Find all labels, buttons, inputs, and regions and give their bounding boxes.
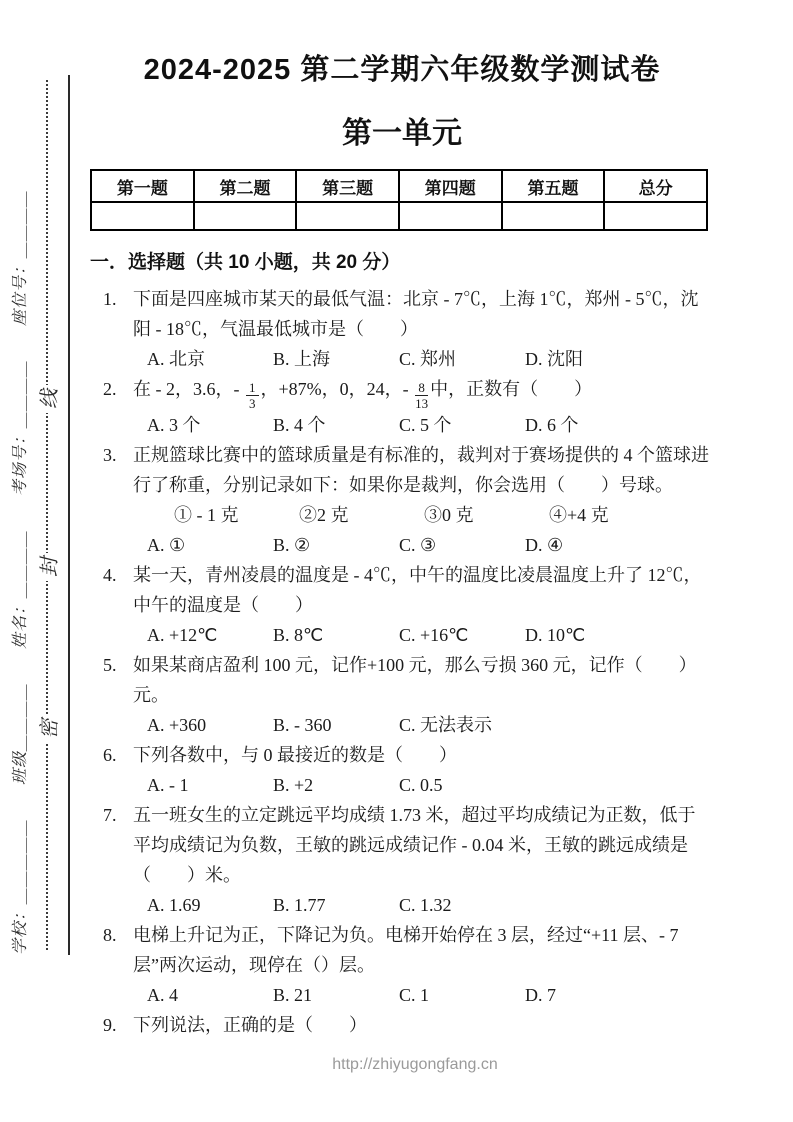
question-first-line: 9.下列说法，正确的是（ ） — [90, 1010, 714, 1040]
question-1: 1.下面是四座城市某天的最低气温：北京 - 7℃，上海 1℃，郑州 - 5℃，沈… — [90, 284, 714, 374]
score-header-cell: 第三题 — [296, 170, 399, 202]
question-text: 平均成绩记为负数，王敏的跳远成绩记作 - 0.04 米，王敏的跳远成绩是 — [90, 830, 714, 860]
seal-char-mi: 密 — [30, 715, 64, 743]
question-text: 如果某商店盈利 100 元，记作+100 元，那么亏损 360 元，记作（ ） — [133, 650, 714, 680]
question-first-line: 8.电梯上升记为正，下降记为负。电梯开始停在 3 层，经过“+11 层、- 7 — [90, 920, 714, 950]
question-text: 阳 - 18℃，气温最低城市是（ ） — [90, 314, 714, 344]
seal-char-xian: 线 — [30, 385, 64, 413]
unit-subtitle: 第一单元 — [90, 114, 714, 154]
option: B. - 360 — [273, 710, 399, 740]
option: C. +16℃ — [399, 620, 525, 650]
question-text: （ ）米。 — [90, 860, 714, 890]
question-text: 电梯上升记为正，下降记为负。电梯开始停在 3 层，经过“+11 层、- 7 — [133, 920, 714, 950]
option: A. ① — [147, 530, 273, 560]
question-text: 正规篮球比赛中的篮球质量是有标准的，裁判对于赛场提供的 4 个篮球进 — [133, 440, 714, 470]
seal-margin-border-line — [68, 75, 70, 955]
fraction-denominator: 13 — [415, 396, 428, 410]
question-text: 下面是四座城市某天的最低气温：北京 - 7℃，上海 1℃，郑州 - 5℃，沈 — [133, 284, 714, 314]
question-text: 五一班女生的立定跳远平均成绩 1.73 米，超过平均成绩记为正数，低于 — [133, 800, 714, 830]
score-header-cell: 第四题 — [399, 170, 502, 202]
score-value-cell — [194, 202, 297, 230]
fraction: 13 — [246, 381, 259, 410]
question-options: A. 4B. 21C. 1D. 7 — [90, 980, 714, 1010]
question-6: 6.下列各数中，与 0 最接近的数是（ ）A. - 1B. +2C. 0.5 — [90, 740, 714, 800]
score-value-cell — [399, 202, 502, 230]
option: C. 5 个 — [399, 410, 525, 440]
question-first-line: 1.下面是四座城市某天的最低气温：北京 - 7℃，上海 1℃，郑州 - 5℃，沈 — [90, 284, 714, 314]
question-subitems: ① - 1 克②2 克③0 克④+4 克 — [90, 500, 714, 530]
question-options: A. 北京B. 上海C. 郑州D. 沈阳 — [90, 344, 714, 374]
footer-url: http://zhiyugongfang.cn — [90, 1056, 740, 1074]
option: C. 1.32 — [399, 890, 525, 920]
option: D. 7 — [525, 980, 651, 1010]
option: A. 1.69 — [147, 890, 273, 920]
option: A. - 1 — [147, 770, 273, 800]
question-first-line: 7.五一班女生的立定跳远平均成绩 1.73 米，超过平均成绩记为正数，低于 — [90, 800, 714, 830]
fraction-denominator: 3 — [246, 396, 259, 410]
score-table: 第一题 第二题 第三题 第四题 第五题 总分 — [90, 169, 708, 231]
score-header-cell: 第一题 — [91, 170, 194, 202]
score-value-cell — [91, 202, 194, 230]
option: C. 0.5 — [399, 770, 525, 800]
score-table-header-row: 第一题 第二题 第三题 第四题 第五题 总分 — [91, 170, 707, 202]
questions-list: 1.下面是四座城市某天的最低气温：北京 - 7℃，上海 1℃，郑州 - 5℃，沈… — [90, 284, 714, 1040]
option: B. ② — [273, 530, 399, 560]
question-text: 下列各数中，与 0 最接近的数是（ ） — [133, 740, 714, 770]
question-number: 8. — [90, 920, 133, 950]
score-value-cell — [604, 202, 707, 230]
question-first-line: 6.下列各数中，与 0 最接近的数是（ ） — [90, 740, 714, 770]
option: D. 沈阳 — [525, 344, 651, 374]
subitem: ① - 1 克 — [174, 500, 299, 530]
option: A. +360 — [147, 710, 273, 740]
question-options: A. +360B. - 360C. 无法表示 — [90, 710, 714, 740]
option: B. 上海 — [273, 344, 399, 374]
score-value-cell — [502, 202, 605, 230]
question-7: 7.五一班女生的立定跳远平均成绩 1.73 米，超过平均成绩记为正数，低于平均成… — [90, 800, 714, 920]
question-first-line: 5.如果某商店盈利 100 元，记作+100 元，那么亏损 360 元，记作（ … — [90, 650, 714, 680]
fraction-numerator: 8 — [415, 381, 428, 396]
question-3: 3.正规篮球比赛中的篮球质量是有标准的，裁判对于赛场提供的 4 个篮球进行了称重… — [90, 440, 714, 560]
question-2: 2.在 - 2，3.6，- 13，+87%，0，24，- 813中，正数有（ ）… — [90, 374, 714, 440]
question-text: 在 - 2，3.6，- 13，+87%，0，24，- 813中，正数有（ ） — [133, 374, 714, 410]
option: B. 21 — [273, 980, 399, 1010]
option: A. +12℃ — [147, 620, 273, 650]
option: A. 北京 — [147, 344, 273, 374]
question-text: 中午的温度是（ ） — [90, 590, 714, 620]
question-number: 4. — [90, 560, 133, 590]
question-number: 3. — [90, 440, 133, 470]
question-text: 层”两次运动，现停在（）层。 — [90, 950, 714, 980]
question-4: 4.某一天，青州凌晨的温度是 - 4℃，中午的温度比凌晨温度上升了 12℃，中午… — [90, 560, 714, 650]
question-options: A. +12℃B. 8℃C. +16℃D. 10℃ — [90, 620, 714, 650]
subitem: ③0 克 — [424, 500, 549, 530]
seal-dotted-line — [46, 80, 48, 950]
subitem: ④+4 克 — [549, 500, 674, 530]
question-9: 9.下列说法，正确的是（ ） — [90, 1010, 714, 1040]
question-5: 5.如果某商店盈利 100 元，记作+100 元，那么亏损 360 元，记作（ … — [90, 650, 714, 740]
question-text: 某一天，青州凌晨的温度是 - 4℃，中午的温度比凌晨温度上升了 12℃， — [133, 560, 714, 590]
option: B. 8℃ — [273, 620, 399, 650]
option: D. 10℃ — [525, 620, 651, 650]
question-number: 1. — [90, 284, 133, 314]
section-heading: 一．选择题（共 10 小题，共 20 分） — [90, 250, 714, 276]
fraction: 813 — [415, 381, 428, 410]
question-number: 6. — [90, 740, 133, 770]
score-value-cell — [296, 202, 399, 230]
option: C. ③ — [399, 530, 525, 560]
fraction-numerator: 1 — [246, 381, 259, 396]
test-paper-page: 学校：＿＿＿＿＿ 班级＿＿＿＿ 姓名：＿＿＿＿ 考场号：＿＿＿＿ 座位号：＿＿＿… — [0, 0, 793, 1122]
question-options: A. ①B. ②C. ③D. ④ — [90, 530, 714, 560]
option: A. 3 个 — [147, 410, 273, 440]
question-text: 下列说法，正确的是（ ） — [133, 1010, 714, 1040]
option: C. 郑州 — [399, 344, 525, 374]
question-text: 行了称重，分别记录如下：如果你是裁判，你会选用（ ）号球。 — [90, 470, 714, 500]
question-options: A. - 1B. +2C. 0.5 — [90, 770, 714, 800]
question-first-line: 4.某一天，青州凌晨的温度是 - 4℃，中午的温度比凌晨温度上升了 12℃， — [90, 560, 714, 590]
question-number: 7. — [90, 800, 133, 830]
question-number: 5. — [90, 650, 133, 680]
option: A. 4 — [147, 980, 273, 1010]
score-table-value-row — [91, 202, 707, 230]
question-options: A. 3 个B. 4 个C. 5 个D. 6 个 — [90, 410, 714, 440]
question-8: 8.电梯上升记为正，下降记为负。电梯开始停在 3 层，经过“+11 层、- 7层… — [90, 920, 714, 1010]
subitem: ②2 克 — [299, 500, 424, 530]
option: B. 4 个 — [273, 410, 399, 440]
option: C. 无法表示 — [399, 710, 525, 740]
question-text: 元。 — [90, 680, 714, 710]
option: D. ④ — [525, 530, 651, 560]
paper-content: 2024-2025 第二学期六年级数学测试卷 第一单元 第一题 第二题 第三题 … — [90, 0, 714, 1040]
paper-title: 2024-2025 第二学期六年级数学测试卷 — [90, 50, 714, 90]
question-first-line: 2.在 - 2，3.6，- 13，+87%，0，24，- 813中，正数有（ ） — [90, 374, 714, 410]
question-first-line: 3.正规篮球比赛中的篮球质量是有标准的，裁判对于赛场提供的 4 个篮球进 — [90, 440, 714, 470]
question-options: A. 1.69B. 1.77C. 1.32 — [90, 890, 714, 920]
option: C. 1 — [399, 980, 525, 1010]
score-header-cell: 第二题 — [194, 170, 297, 202]
option: D. 6 个 — [525, 410, 651, 440]
score-header-cell: 总分 — [604, 170, 707, 202]
option: B. 1.77 — [273, 890, 399, 920]
question-number: 9. — [90, 1010, 133, 1040]
student-info-labels: 学校：＿＿＿＿＿ 班级＿＿＿＿ 姓名：＿＿＿＿ 考场号：＿＿＿＿ 座位号：＿＿＿… — [6, 75, 36, 955]
option: B. +2 — [273, 770, 399, 800]
score-header-cell: 第五题 — [502, 170, 605, 202]
question-number: 2. — [90, 374, 133, 410]
seal-char-feng: 封 — [30, 553, 64, 581]
